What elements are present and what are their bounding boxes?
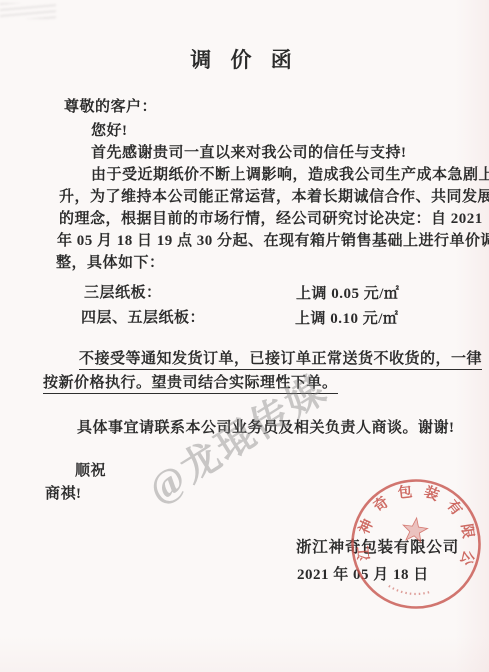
- price-row-label-3ply: 三层纸板：: [84, 281, 162, 302]
- notice-line-1-text: 不接受等通知发货订单，已接订单正常送货不收货的，一律: [79, 347, 482, 370]
- seal-arc-text: 浙江神奇包装有限公司: [337, 465, 489, 579]
- notice-line-2-text: 按新价格执行。望贵司结合实际理性下单。: [43, 371, 338, 394]
- body-line-4: 年 05 月 18 日 19 点 30 分起、在现有箱片销售基础上进行单价调: [57, 229, 489, 250]
- scan-edge-tint-bottom: [0, 636, 489, 672]
- price-row-value-3ply: 上调 0.05 元/㎡: [296, 282, 399, 303]
- closing-salute: 顺祝: [75, 459, 106, 480]
- contact-line: 具体事宜请联系本公司业务员及相关负责人商谈。谢谢!: [77, 416, 455, 437]
- seal-bottom-dots: [388, 586, 430, 596]
- thanks-line: 首先感谢贵司一直以来对我公司的信任与支持!: [91, 141, 407, 162]
- closing-wish: 商祺!: [45, 482, 82, 503]
- body-line-5: 整，具体如下：: [56, 251, 165, 272]
- company-seal: 浙江神奇包装有限公司: [337, 465, 489, 623]
- letter-title: 调 价 函: [0, 44, 489, 74]
- price-row-label-4-5ply: 四层、五层纸板：: [81, 306, 205, 327]
- body-line-2: 升，为了维持本公司能正常运营，本着长期诚信合作、共同发展: [59, 185, 489, 206]
- greeting-line: 您好!: [91, 119, 128, 140]
- scan-smudge: [0, 3, 56, 19]
- notice-line-1: 不接受等通知发货订单，已接订单正常送货不收货的，一律: [79, 347, 482, 370]
- body-line-1: 由于受近期纸价不断上调影响，造成我公司生产成本急剧上: [91, 163, 489, 184]
- body-line-3: 的理念，根据目前的市场行情，经公司研究讨论决定：自 2021: [59, 207, 483, 228]
- seal-star-icon: [401, 516, 429, 543]
- price-adjustment-letter: 调 价 函 尊敬的客户： 您好! 首先感谢贵司一直以来对我公司的信任与支持! 由…: [0, 0, 489, 672]
- notice-line-2: 按新价格执行。望贵司结合实际理性下单。: [43, 371, 338, 394]
- salutation-line: 尊敬的客户：: [64, 95, 157, 116]
- seal-arc-text-holder: 浙江神奇包装有限公司: [337, 465, 489, 579]
- price-row-value-4-5ply: 上调 0.10 元/㎡: [295, 307, 398, 328]
